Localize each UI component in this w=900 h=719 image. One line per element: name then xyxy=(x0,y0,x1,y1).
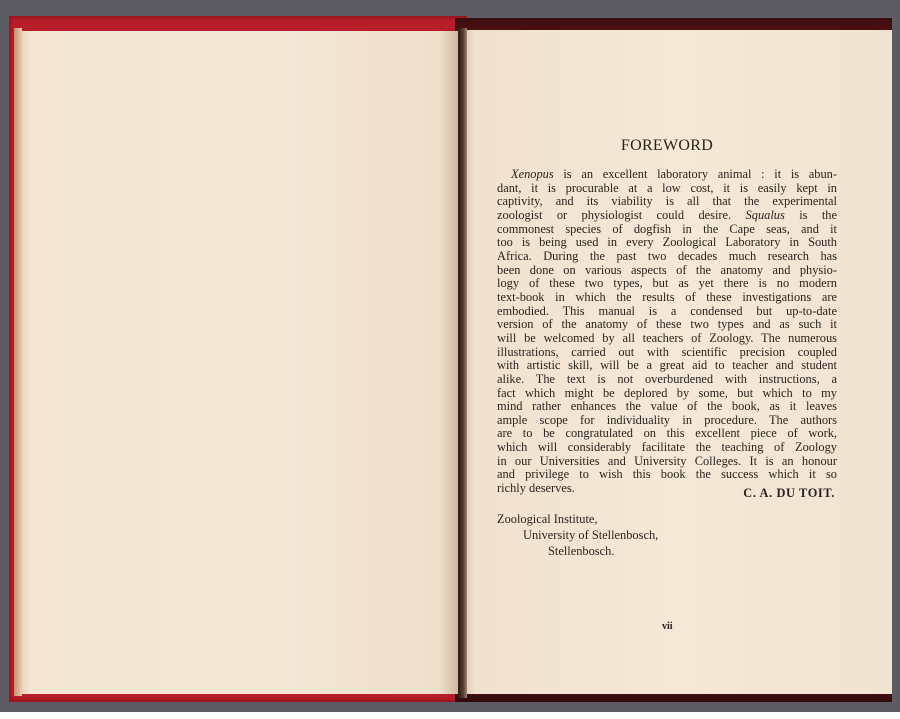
address-line: Zoological Institute, xyxy=(497,511,658,527)
author-address: Zoological Institute, University of Stel… xyxy=(497,511,658,559)
text-line: dant, it is procurable at a low cost, it… xyxy=(497,182,837,196)
text-line: zoologist or physiologist could desire. … xyxy=(497,209,837,223)
text-line: commonest species of dogfish in the Cape… xyxy=(497,223,837,237)
page-title: FOREWORD xyxy=(497,137,837,155)
address-line: University of Stellenbosch, xyxy=(497,527,658,543)
text-line: in our Universities and University Colle… xyxy=(497,455,837,469)
text-line: fact which might be deplored by some, bu… xyxy=(497,387,837,401)
text-line: text-book in which the results of these … xyxy=(497,291,837,305)
text-line: version of the anatomy of these two type… xyxy=(497,318,837,332)
text-line: logy of these two types, but as yet ther… xyxy=(497,277,837,291)
foreword-body: Xenopus is an excellent laboratory anima… xyxy=(497,168,837,496)
book-gutter xyxy=(458,28,467,698)
text-line: ample scope for individuality in procedu… xyxy=(497,414,837,428)
text-line: Africa. During the past two decades much… xyxy=(497,250,837,264)
text-line: embodied. This manual is a condensed but… xyxy=(497,305,837,319)
text-line: mind rather enhances the value of the bo… xyxy=(497,400,837,414)
text-line: are to be congratulated on this excellen… xyxy=(497,427,837,441)
text-line: been done on various aspects of the anat… xyxy=(497,264,837,278)
text-line: illustrations, carried out with scientif… xyxy=(497,346,837,360)
text-line: which will considerably facilitate the t… xyxy=(497,441,837,455)
text-line: will be welcomed by all teachers of Zool… xyxy=(497,332,837,346)
page-number: vii xyxy=(662,621,673,632)
address-line: Stellenbosch. xyxy=(497,543,658,559)
text-line: and privilege to wish this book the succ… xyxy=(497,468,837,482)
author-signature: C. A. DU TOIT. xyxy=(743,486,835,501)
text-line: captivity, and its viability is all that… xyxy=(497,195,837,209)
text-line: alike. The text is not overburdened with… xyxy=(497,373,837,387)
text-line: with artistic skill, will be a great aid… xyxy=(497,359,837,373)
page-stack-edge xyxy=(14,28,22,696)
text-line: too is being used in every Zoological La… xyxy=(497,236,837,250)
text-line: Xenopus is an excellent laboratory anima… xyxy=(497,168,837,182)
left-page-blank xyxy=(22,31,461,694)
